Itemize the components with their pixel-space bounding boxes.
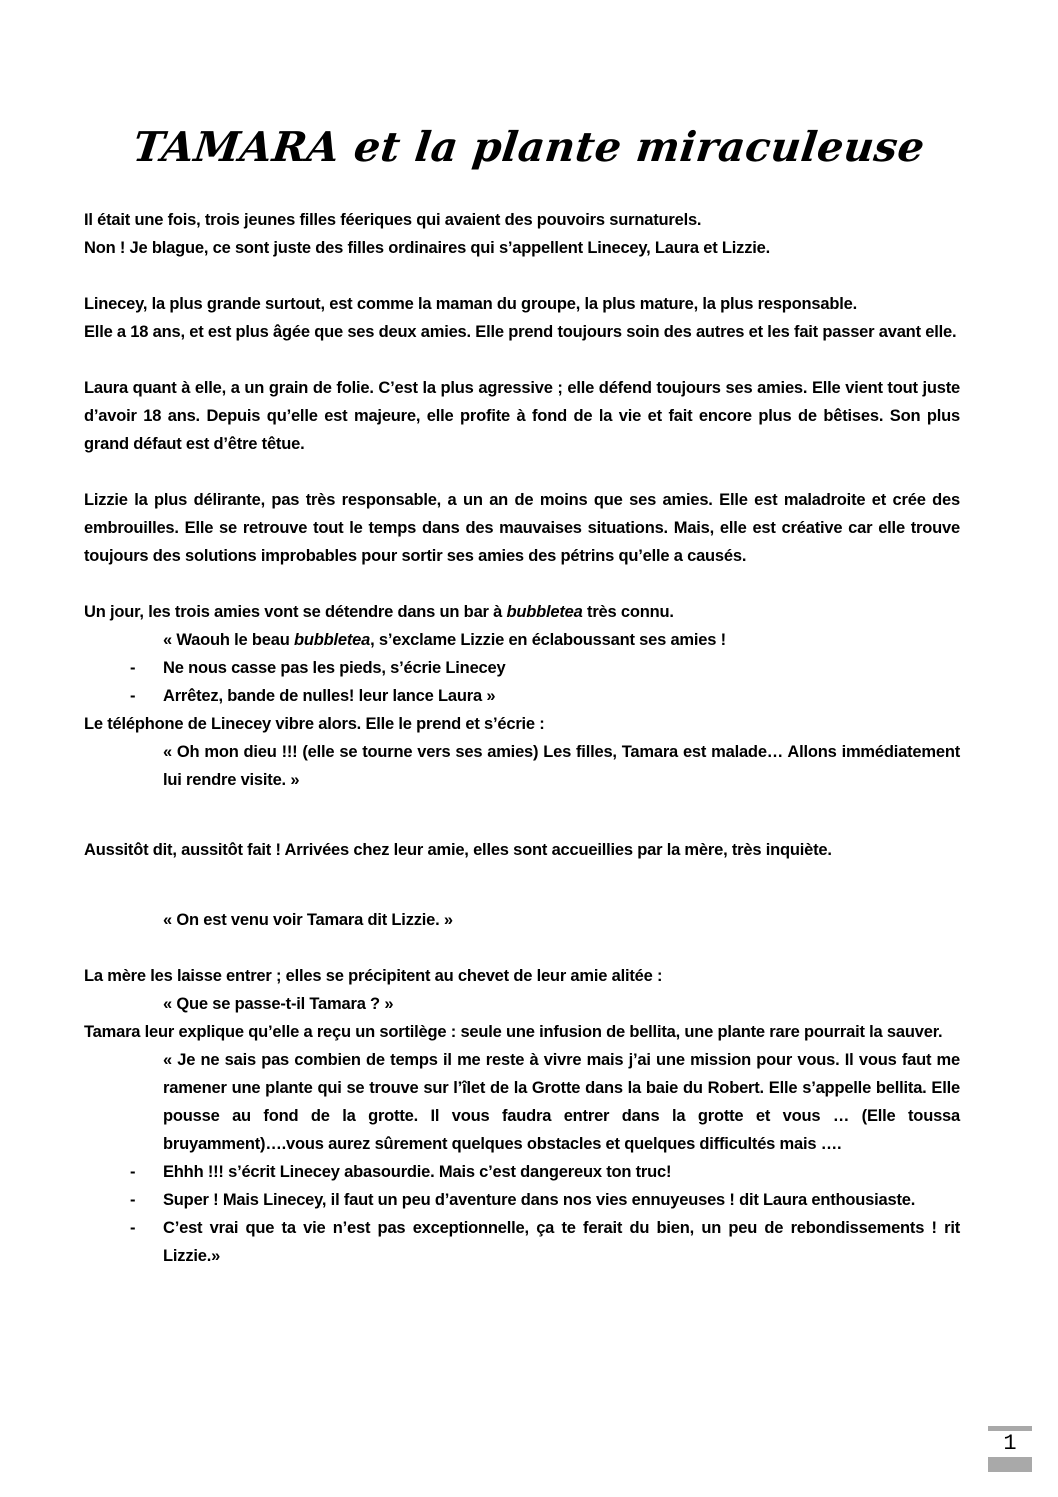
page-number: 1 [988,1431,1032,1457]
paragraph-bubbletea: Un jour, les trois amies vont se détendr… [84,598,960,626]
paragraph-aussitot: Aussitôt dit, aussitôt fait ! Arrivées c… [84,836,960,864]
dialogue-line-cest-vrai: -C’est vrai que ta vie n’est pas excepti… [84,1214,960,1270]
paragraph-linecey-2: Elle a 18 ans, et est plus âgée que ses … [84,318,960,346]
quote-que-se-passe: « Que se passe-t-il Tamara ? » [84,990,960,1018]
text-segment-italic: bubbletea [294,631,370,649]
paragraph-sortilege: Tamara leur explique qu’elle a reçu un s… [84,1018,960,1046]
paragraph-la-mere: La mère les laisse entrer ; elles se pré… [84,962,960,990]
text-segment: , s’exclame Lizzie en éclaboussant ses a… [370,631,726,649]
document-page: TAMARA et la plante miraculeuse Il était… [0,0,1058,1497]
footer-rule-bottom [988,1457,1032,1472]
list-dash: - [130,1186,135,1214]
dialogue-text: Super ! Mais Linecey, il faut un peu d’a… [163,1191,915,1209]
text-segment: très connu. [583,603,674,621]
dialogue-text: Arrêtez, bande de nulles! leur lance Lau… [163,687,495,705]
dialogue-line-ehhh: -Ehhh !!! s’écrit Linecey abasourdie. Ma… [84,1158,960,1186]
paragraph-telephone: Le téléphone de Linecey vibre alors. Ell… [84,710,960,738]
document-title: TAMARA et la plante miraculeuse [0,123,1058,171]
paragraph-laura: Laura quant à elle, a un grain de folie.… [84,374,960,458]
dialogue-line-laura: -Arrêtez, bande de nulles! leur lance La… [84,682,960,710]
paragraph-linecey-1: Linecey, la plus grande surtout, est com… [84,290,960,318]
quote-mission: « Je ne sais pas combien de temps il me … [84,1046,960,1158]
page-footer: 1 [988,1426,1032,1472]
quote-on-est-venu: « On est venu voir Tamara dit Lizzie. » [84,906,960,934]
list-dash: - [130,682,135,710]
list-dash: - [130,1214,135,1242]
paragraph-intro-1: Il était une fois, trois jeunes filles f… [84,206,960,234]
text-segment: « Waouh le beau [163,631,294,649]
dialogue-text: Ne nous casse pas les pieds, s’écrie Lin… [163,659,505,677]
document-body: Il était une fois, trois jeunes filles f… [84,206,960,1270]
list-dash: - [130,1158,135,1186]
dialogue-line-linecey: -Ne nous casse pas les pieds, s’écrie Li… [84,654,960,682]
quote-oh-mon-dieu: « Oh mon dieu !!! (elle se tourne vers s… [84,738,960,794]
text-segment-italic: bubbletea [507,603,583,621]
quote-waouh: « Waouh le beau bubbletea, s’exclame Liz… [84,626,960,654]
list-dash: - [130,654,135,682]
dialogue-line-super: -Super ! Mais Linecey, il faut un peu d’… [84,1186,960,1214]
text-segment: Un jour, les trois amies vont se détendr… [84,603,507,621]
dialogue-text: C’est vrai que ta vie n’est pas exceptio… [163,1219,960,1265]
dialogue-text: Ehhh !!! s’écrit Linecey abasourdie. Mai… [163,1163,671,1181]
paragraph-intro-2: Non ! Je blague, ce sont juste des fille… [84,234,960,262]
paragraph-lizzie: Lizzie la plus délirante, pas très respo… [84,486,960,570]
